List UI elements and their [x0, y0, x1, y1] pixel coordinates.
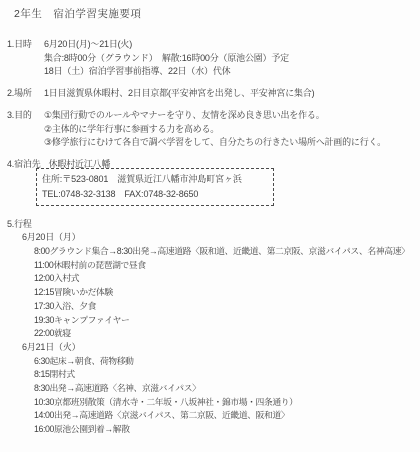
place-detail: 1日目滋賀県休暇村、2日目京都(平安神宮を出発し、平安神宮に集合) — [44, 87, 314, 101]
itinerary-day1-event: 11:00休暇村前の琵琶湖で昼食 — [34, 259, 416, 273]
datetime-meeting-dismissal: 集合:8時00分（グラウンド） 解散:16時00分（原池公園）予定 — [44, 52, 416, 66]
lodging-name: 休暇村近江八幡 — [49, 158, 111, 172]
section-lodging-label: 4.宿泊先 — [7, 158, 41, 172]
document-title: 2年生 宿泊学習実施要項 — [14, 7, 416, 21]
section-datetime-label: 1.日時 — [7, 38, 44, 52]
itinerary-day2-event: 8:30出発→高速道路〈名神、京滋バイパス〉 — [34, 382, 416, 396]
section-itinerary-label: 5.行程 — [7, 218, 416, 232]
section-place-label: 2.場所 — [7, 87, 44, 101]
datetime-pre-guidance: 18日（土）宿泊学習事前指導、22日（水）代休 — [44, 65, 416, 79]
lodging-tel-fax: TEL:0748-32-3138 FAX:0748-32-8650 — [42, 187, 268, 203]
lodging-address-box: 住所:〒523-0801 滋賀県近江八幡市沖島町宮ヶ浜 TEL:0748-32-… — [36, 168, 274, 206]
section-itinerary: 5.行程 6月20日（月） 8:00グラウンド集合→8:30出発→高速道路〈阪和… — [7, 218, 416, 437]
itinerary-day1-event: 8:00グラウンド集合→8:30出発→高速道路〈阪和道、近畿道、第二京阪、京滋バ… — [34, 245, 416, 259]
itinerary-day2-event: 10:30京都班別散策（清水寺・二年坂・八坂神社・錦市場・四条通り） — [34, 396, 416, 410]
itinerary-day1-event: 22:00就寝 — [34, 327, 416, 341]
itinerary-day1-event: 19:30キャンプファイヤー — [34, 314, 416, 328]
itinerary-day2-event: 14:00出発→高速道路〈京滋バイパス、第二京阪、近畿道、阪和道〉 — [34, 409, 416, 423]
lodging-address: 住所:〒523-0801 滋賀県近江八幡市沖島町宮ヶ浜 — [42, 172, 268, 188]
itinerary-day1-event: 12:00入村式 — [34, 272, 416, 286]
itinerary-day1-date: 6月20日（月） — [22, 231, 416, 245]
itinerary-day1-event: 17:30入浴、夕食 — [34, 300, 416, 314]
itinerary-day2-date: 6月21日（火） — [22, 341, 416, 355]
document-page: 2年生 宿泊学習実施要項 1.日時 6月20日(月)～21日(火) 集合:8時0… — [0, 0, 420, 452]
datetime-dates: 6月20日(月)～21日(火) — [44, 38, 132, 52]
purpose-item-3: ③修学旅行にむけて各自で調べ学習をして、自分たちの行きたい場所へ計画的に行く。 — [44, 136, 416, 150]
section-datetime: 1.日時 6月20日(月)～21日(火) 集合:8時00分（グラウンド） 解散:… — [7, 38, 416, 79]
section-place: 2.場所 1日目滋賀県休暇村、2日目京都(平安神宮を出発し、平安神宮に集合) — [7, 87, 416, 101]
purpose-item-2: ②主体的に学年行事に参画する力を高める。 — [44, 123, 416, 137]
itinerary-day2-event: 6:30起床→朝食、荷物移動 — [34, 355, 416, 369]
section-purpose: 3.目的 ①集団行動でのルールやマナーを守り、友情を深め良き思い出を作る。 ②主… — [7, 109, 416, 150]
section-lodging: 4.宿泊先 休暇村近江八幡 住所:〒523-0801 滋賀県近江八幡市沖島町宮ヶ… — [7, 158, 416, 206]
itinerary-day1-event: 12:15冒険いかだ体験 — [34, 286, 416, 300]
section-purpose-label: 3.目的 — [7, 109, 44, 123]
itinerary-day2-event: 16:00原池公園到着→解散 — [34, 423, 416, 437]
purpose-item-1: ①集団行動でのルールやマナーを守り、友情を深め良き思い出を作る。 — [44, 109, 325, 123]
itinerary-day2-event: 8:15閉村式 — [34, 368, 416, 382]
